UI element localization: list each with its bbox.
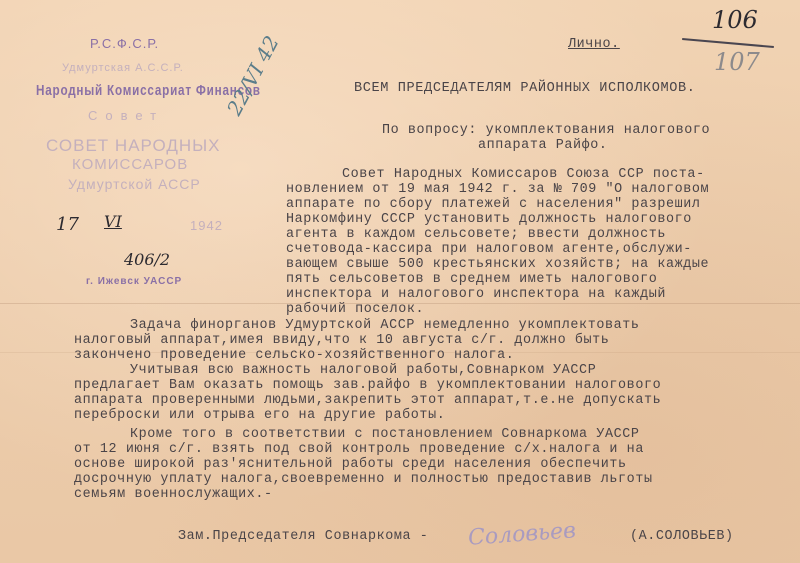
body-line: основе широкой раз'яснительной работы ср…	[74, 458, 627, 473]
reg-year: 1942	[190, 218, 223, 233]
letterhead-line: Удмуртской АССР	[68, 176, 201, 192]
reg-number: 406/2	[124, 250, 170, 269]
body-line: аппарате по сбору платежей с населения" …	[286, 198, 701, 213]
body-line: налоговый аппарат,имея ввиду,что к 10 ав…	[74, 334, 609, 349]
signatory-title: Зам.Председателя Совнаркома -	[178, 530, 428, 545]
page-number-top: 106	[712, 6, 758, 34]
body-line: закончено проведение сельско-хозяйственн…	[74, 349, 514, 364]
reg-day: 17	[56, 214, 79, 235]
body-line: счетовода-кассира при налоговом агенте,о…	[286, 243, 692, 258]
body-line: Совет Народных Комиссаров Союза ССР пост…	[342, 168, 705, 183]
body-line: Задача финорганов Удмуртской АССР немедл…	[130, 319, 640, 334]
letterhead-line: Удмуртская А.С.С.Р.	[62, 62, 184, 74]
addressee: ВСЕМ ПРЕДСЕДАТЕЛЯМ РАЙОННЫХ ИСПОЛКОМОВ.	[354, 82, 696, 97]
reg-month: VI	[104, 212, 122, 231]
body-line: переброски или отрыва его на другие рабо…	[74, 409, 445, 424]
body-line: Кроме того в соответствии с постановлени…	[130, 428, 640, 443]
body-line: аппарата проверенными людьми,закрепить э…	[74, 394, 661, 409]
body-line: пять сельсоветов в среднем иметь налогов…	[286, 273, 657, 288]
marking-personal: Лично.	[568, 38, 620, 53]
body-line: семьям военнослужащих.-	[74, 488, 273, 503]
subject-line-1: По вопросу: укомплектования налогового	[382, 124, 710, 139]
reg-city: г. Ижевск УАССР	[86, 276, 182, 287]
body-line: от 12 июня с/г. взять под свой контроль …	[74, 443, 644, 458]
body-line: Учитывая всю важность налоговой работы,С…	[130, 364, 596, 379]
letterhead-line: КОМИССАРОВ	[72, 156, 188, 173]
letterhead-line: Р.С.Ф.С.Р.	[90, 36, 159, 51]
body-line: предлагает Вам оказать помощь зав.райфо …	[74, 379, 661, 394]
body-line: Наркомфину СССР установить должность нал…	[286, 213, 692, 228]
body-line: вающем свыше 500 крестьянских хозяйств; …	[286, 258, 709, 273]
letterhead-line: Совет	[88, 108, 164, 123]
body-line: агента в каждом сельсовете; ввести должн…	[286, 228, 666, 243]
letterhead-line: СОВЕТ НАРОДНЫХ	[46, 136, 221, 156]
body-line: инспектора и налогового инспектора на ка…	[286, 288, 666, 303]
body-line: рабочий поселок.	[286, 303, 424, 318]
signatory-name: (А.СОЛОВЬЕВ)	[630, 530, 734, 545]
body-line: досрочную уплату налога,своевременно и п…	[74, 473, 653, 488]
page-number-bottom: 107	[714, 48, 760, 76]
body-line: новлением от 19 мая 1942 г. за № 709 "О …	[286, 183, 709, 198]
subject-line-2: аппарата Райфо.	[478, 139, 608, 154]
